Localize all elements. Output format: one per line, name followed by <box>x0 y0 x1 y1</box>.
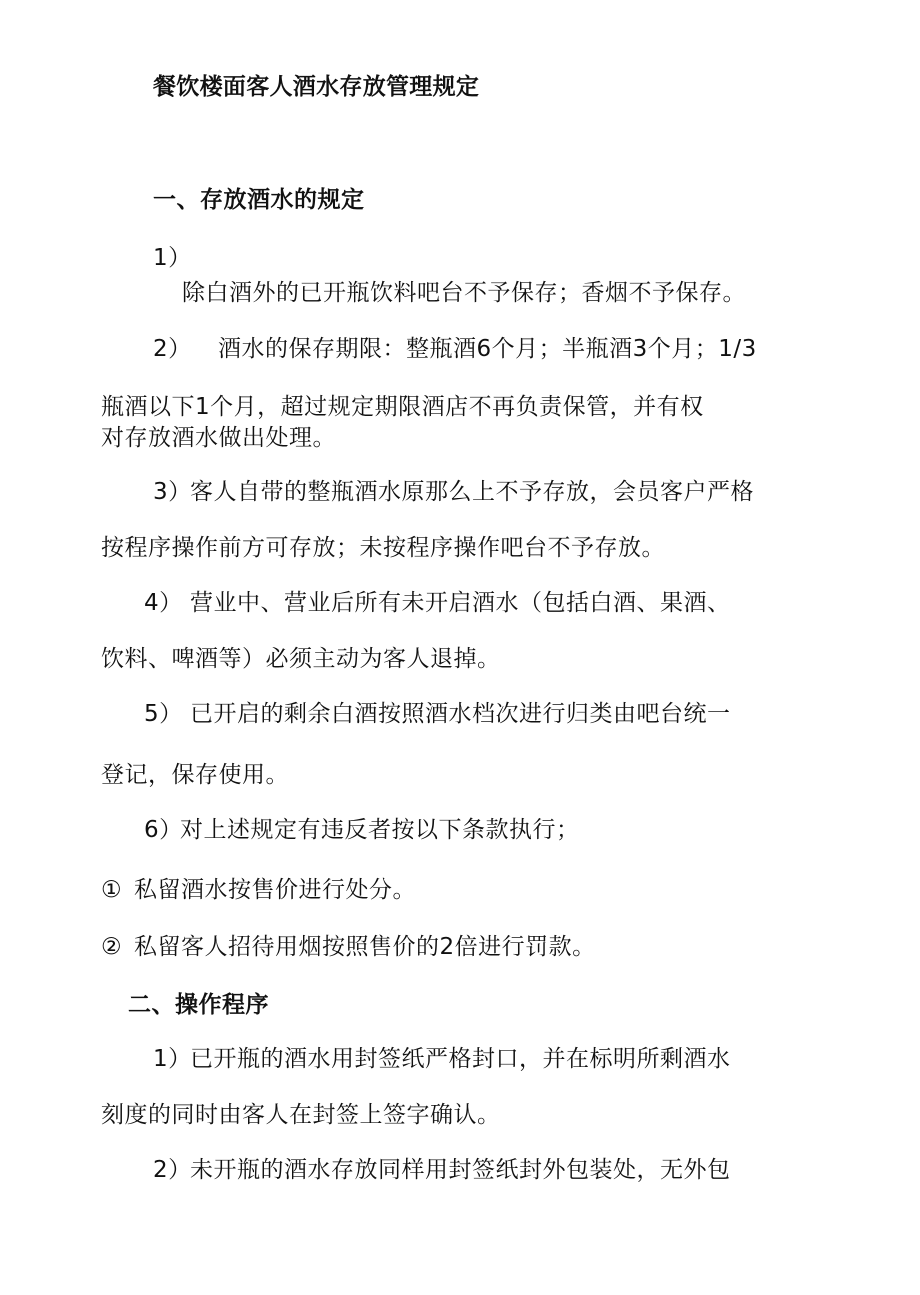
penalty-text: 私留酒水按售价进行处分。 <box>134 875 416 905</box>
item-number: 2） <box>153 334 192 364</box>
document-title: 餐饮楼面客人酒水存放管理规定 <box>153 72 479 102</box>
penalty-marker: ① <box>101 875 122 905</box>
item-text: 已开启的剩余白酒按照酒水档次进行归类由吧台统一 <box>190 699 731 729</box>
item-number: 4） <box>144 588 183 618</box>
item-text: 营业中、营业后所有未开启酒水（包括白酒、果酒、 <box>190 588 731 618</box>
item-text: 客人自带的整瓶酒水原那么上不予存放，会员客户严格 <box>190 477 754 507</box>
item-text: 饮料、啤酒等）必须主动为客人退掉。 <box>101 644 501 674</box>
penalty-marker: ② <box>101 932 122 962</box>
item-text: 登记，保存使用。 <box>101 760 289 790</box>
item-number: 2） <box>153 1155 192 1185</box>
item-number: 3） <box>153 477 192 507</box>
item-text: 除白酒外的已开瓶饮料吧台不予保存；香烟不予保存。 <box>182 278 746 308</box>
item-text: 酒水的保存期限：整瓶酒6个月；半瓶酒3个月；1/3 <box>218 334 757 364</box>
section-heading-2: 二、操作程序 <box>128 990 269 1020</box>
item-number: 5） <box>144 699 183 729</box>
item-text: 刻度的同时由客人在封签上签字确认。 <box>101 1100 501 1130</box>
item-text: 按程序操作前方可存放；未按程序操作吧台不予存放。 <box>101 533 665 563</box>
item-text: 对存放酒水做出处理。 <box>101 423 336 453</box>
section-heading-1: 一、存放酒水的规定 <box>153 185 365 215</box>
item-text: 已开瓶的酒水用封签纸严格封口，并在标明所剩酒水 <box>190 1044 731 1074</box>
document-page: 餐饮楼面客人酒水存放管理规定 一、存放酒水的规定 1） 除白酒外的已开瓶饮料吧台… <box>0 0 920 1295</box>
item-text: 对上述规定有违反者按以下条款执行； <box>180 815 580 845</box>
item-text: 未开瓶的酒水存放同样用封签纸封外包装处，无外包 <box>190 1155 731 1185</box>
item-number: 1） <box>153 1044 192 1074</box>
item-number: 6） <box>144 815 183 845</box>
penalty-text: 私留客人招待用烟按照售价的2倍进行罚款。 <box>134 932 596 962</box>
item-number: 1） <box>153 243 192 273</box>
item-text: 瓶酒以下1个月，超过规定期限酒店不再负责保管，并有权 <box>101 392 704 422</box>
